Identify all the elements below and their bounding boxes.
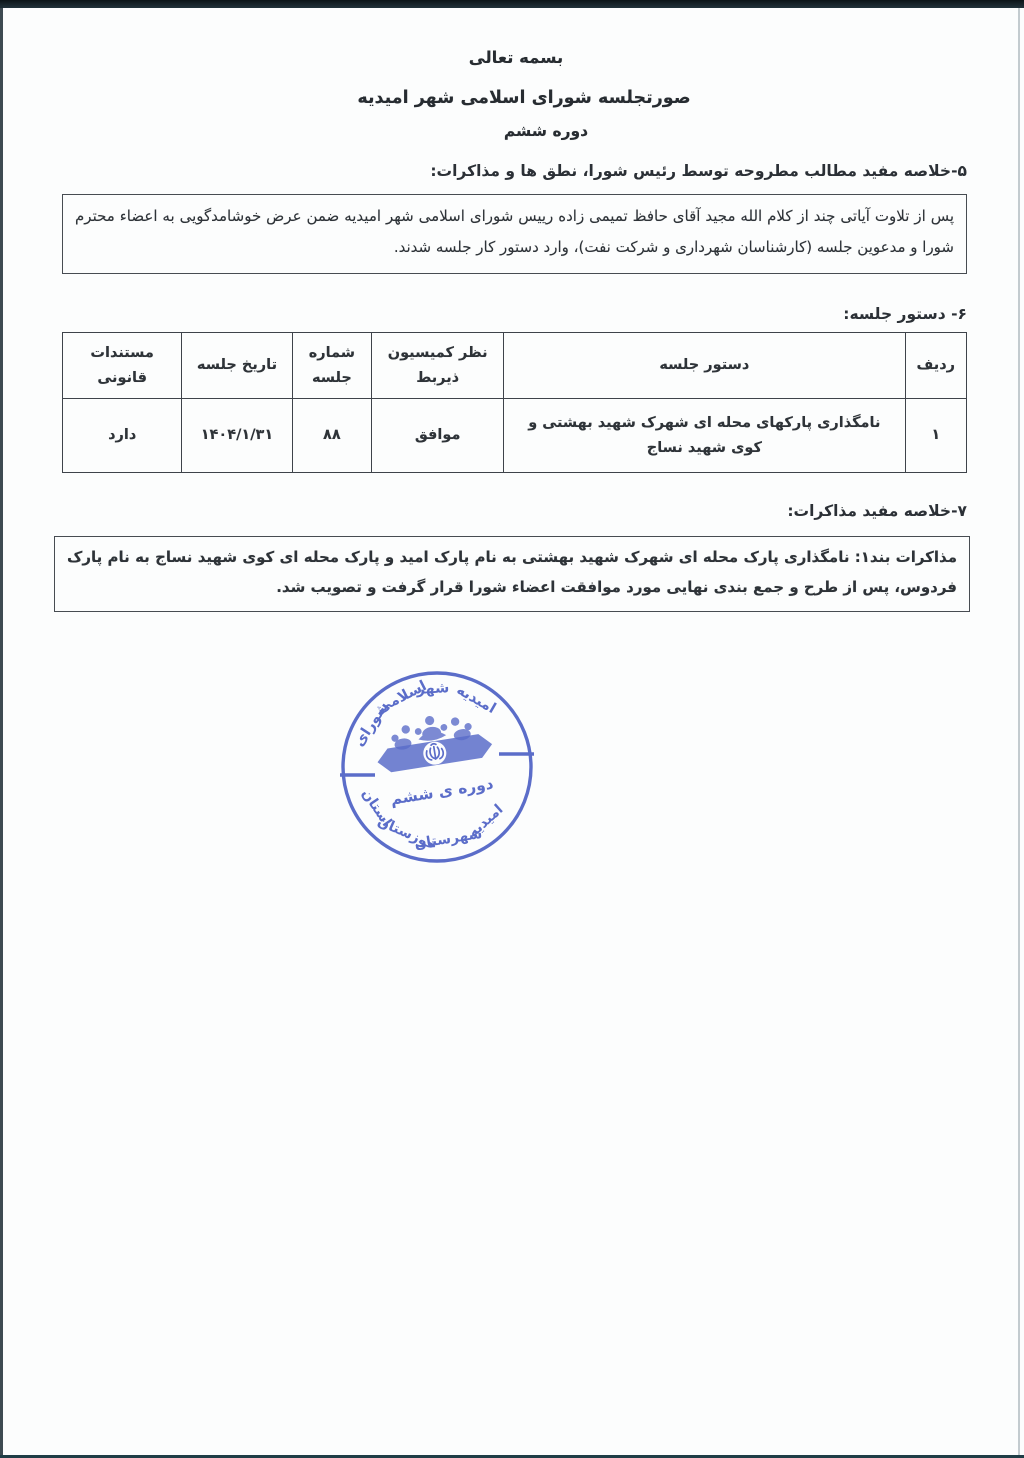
col-header-session-number: شماره جلسه xyxy=(292,333,372,399)
cell-session-number: ۸۸ xyxy=(292,399,372,473)
cell-agenda: نامگذاری پارکهای محله ای شهرک شهید بهشتی… xyxy=(504,399,905,473)
agenda-table: ردیف دستور جلسه نظر کمیسیون ذیربط شماره … xyxy=(62,332,967,473)
col-header-commission-opinion: نظر کمیسیون ذیربط xyxy=(372,333,504,399)
cell-legal-docs: دارد xyxy=(63,399,182,473)
bismillah-line: بسمه تعالی xyxy=(469,48,563,67)
stamp-center-emblem: دوره ی ششم xyxy=(372,707,500,810)
section-5-body-box: پس از تلاوت آیاتی چند از کلام الله مجید … xyxy=(62,194,967,274)
scan-edge-top xyxy=(0,0,1024,8)
council-stamp: شورای اسلامی شهر امیدیه استان خوزستان شه… xyxy=(327,657,547,877)
agenda-table-row: ۱ نامگذاری پارکهای محله ای شهرک شهید بهش… xyxy=(63,399,967,473)
section-7-body-box: مذاکرات بند۱: نامگذاری پارک محله ای شهرک… xyxy=(54,536,970,612)
svg-text:امیدیه: امیدیه xyxy=(454,682,499,717)
section-6-heading: ۶- دستور جلسه: xyxy=(843,305,967,323)
section-5-heading: ۵-خلاصه مفید مطالب مطروحه توسط رئیس شورا… xyxy=(430,162,967,180)
col-header-row-number: ردیف xyxy=(905,333,966,399)
cell-session-date: ۱۴۰۴/۱/۳۱ xyxy=(182,399,292,473)
scan-edge-left xyxy=(0,6,3,1458)
scan-edge-right xyxy=(1018,8,1020,1455)
document-title: صورتجلسه شورای اسلامی شهر امیدیه xyxy=(357,88,690,108)
svg-text:شهر: شهر xyxy=(415,680,450,698)
cell-commission-opinion: موافق xyxy=(372,399,504,473)
stamp-term-text: دوره ی ششم xyxy=(389,775,494,809)
cell-row-number: ۱ xyxy=(905,399,966,473)
document-page: بسمه تعالی صورتجلسه شورای اسلامی شهر امی… xyxy=(0,0,1024,1458)
col-header-session-date: تاریخ جلسه xyxy=(182,333,292,399)
col-header-agenda: دستور جلسه xyxy=(504,333,905,399)
section-7-heading: ۷-خلاصه مفید مذاکرات: xyxy=(787,502,967,520)
scanned-document-page: { "document": { "header": { "bismillah":… xyxy=(0,0,1024,1458)
col-header-legal-docs: مستندات قانونی xyxy=(63,333,182,399)
agenda-table-header-row: ردیف دستور جلسه نظر کمیسیون ذیربط شماره … xyxy=(63,333,967,399)
term-line: دوره ششم xyxy=(504,122,588,140)
